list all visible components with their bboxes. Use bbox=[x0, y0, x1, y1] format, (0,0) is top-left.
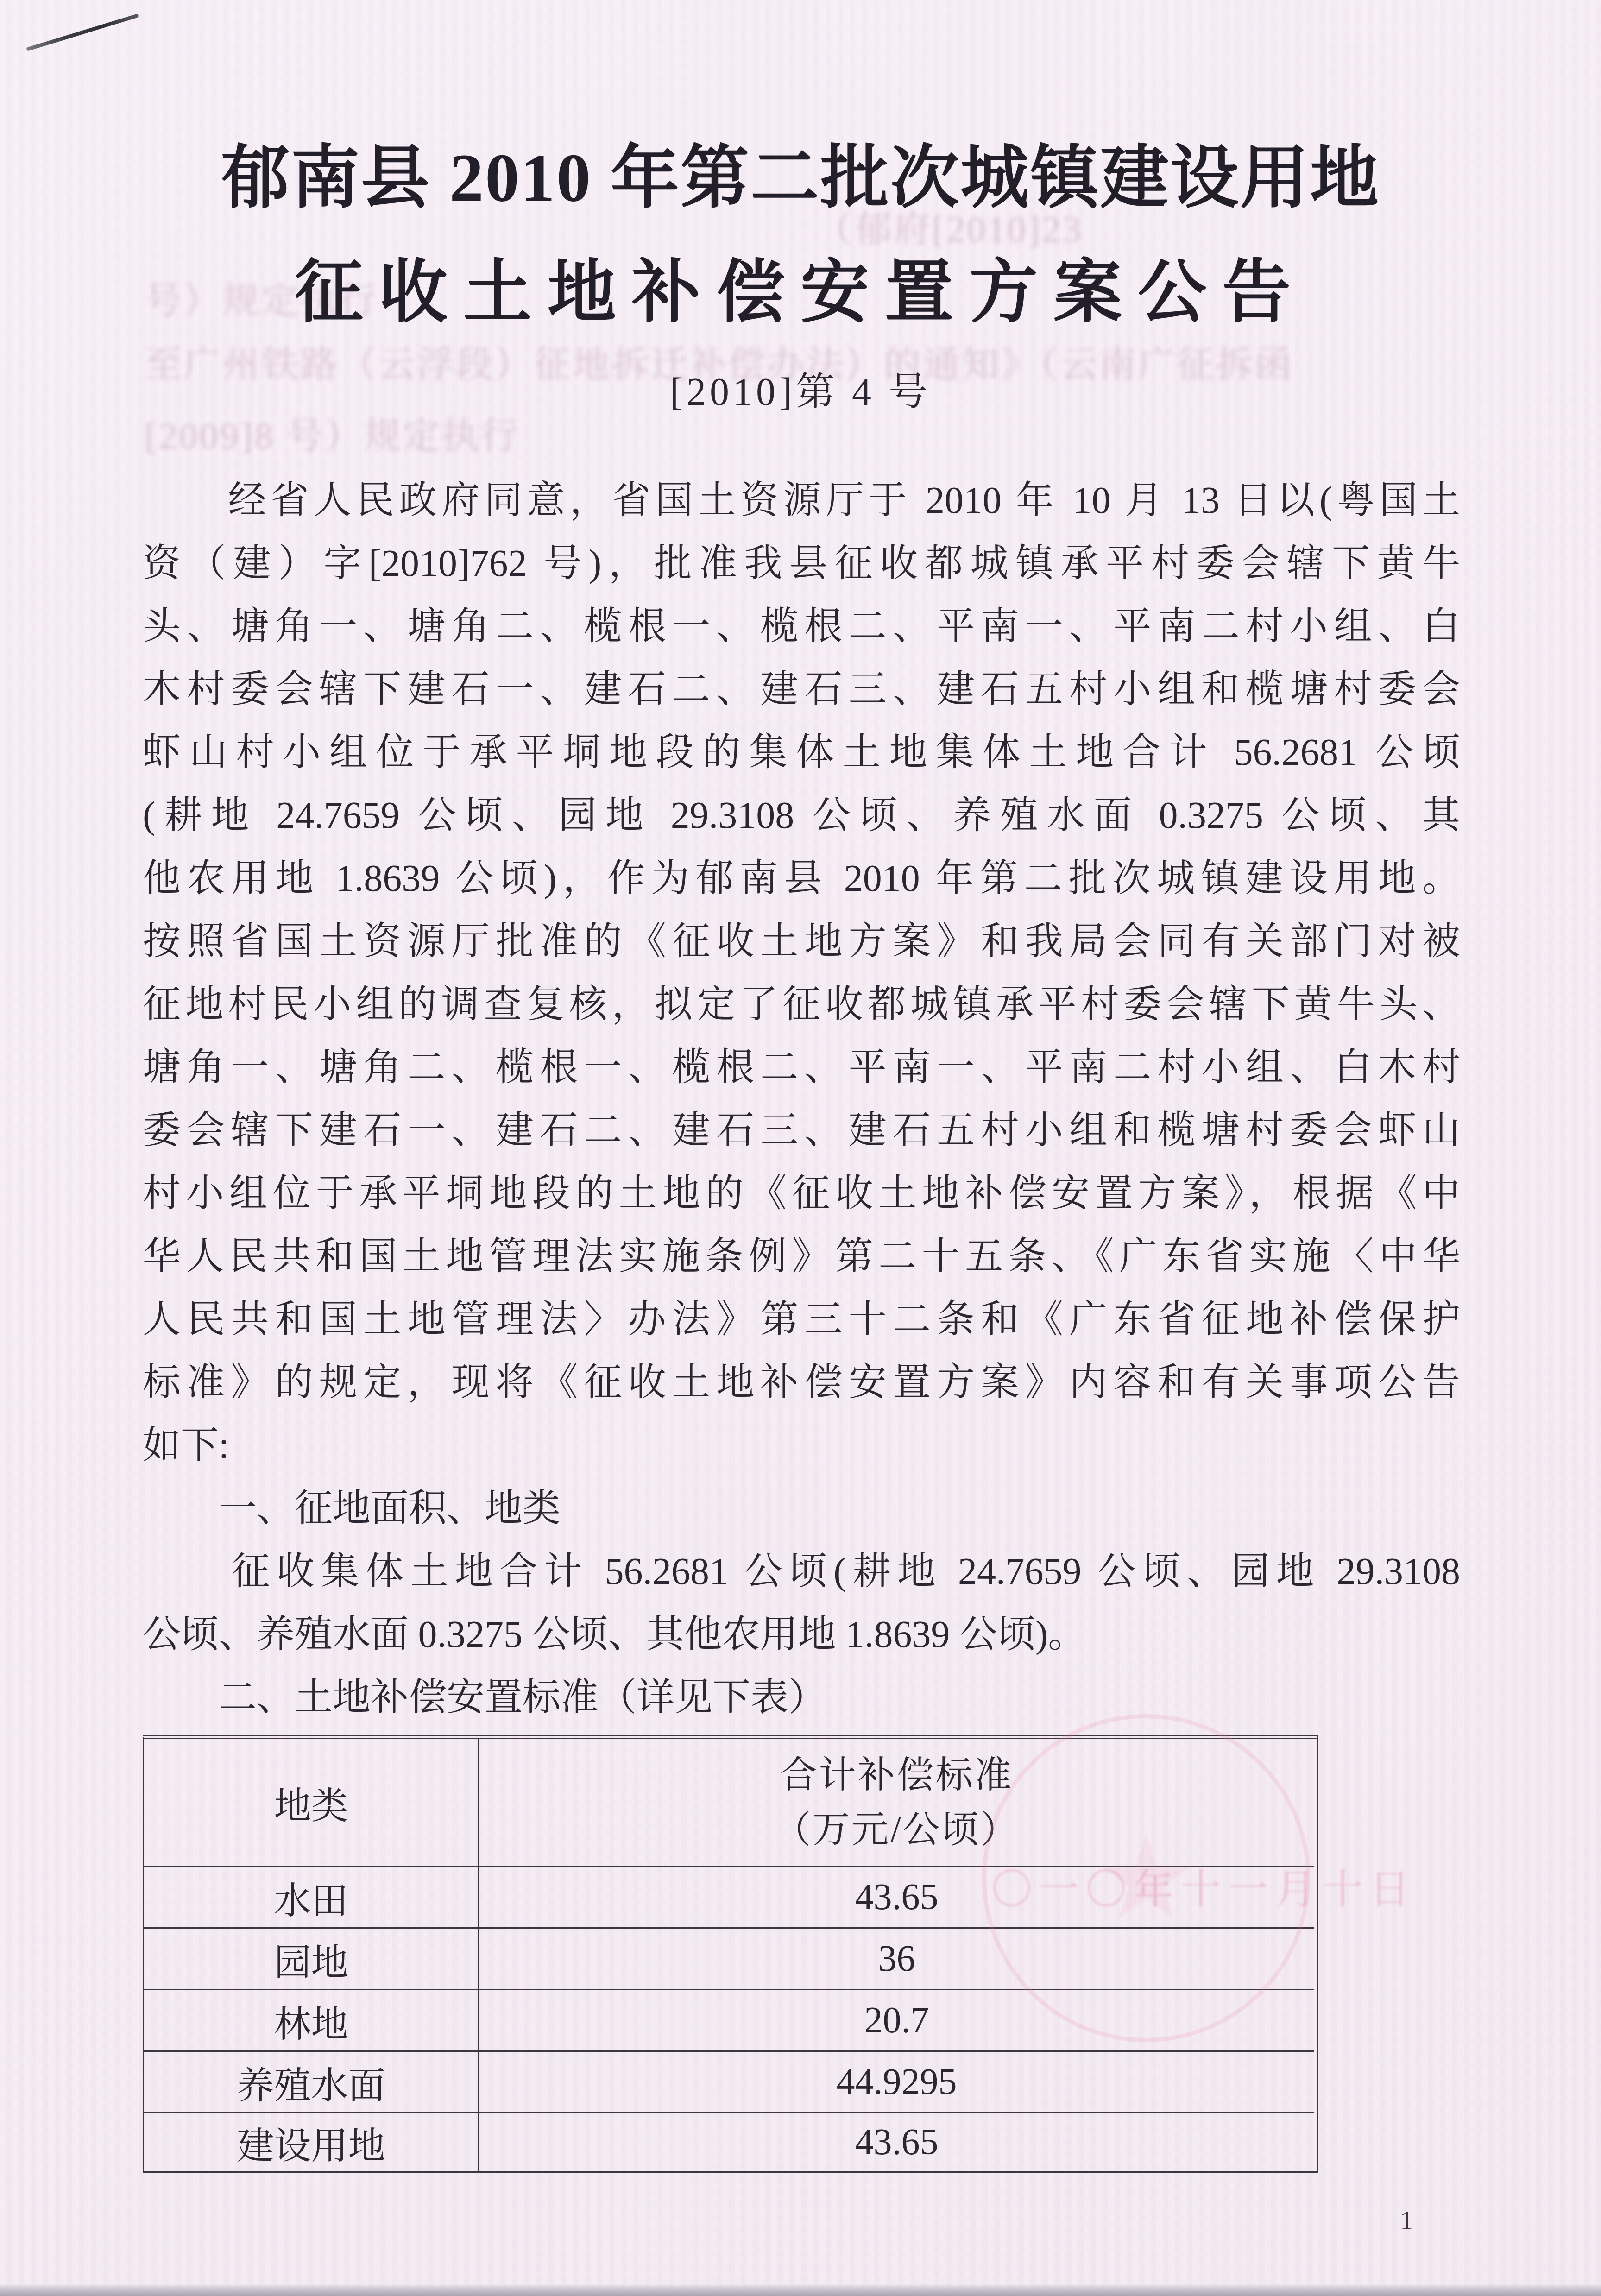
body-line: 村小组位于承平垌地段的土地的《征收土地补偿安置方案》，根据《中 bbox=[143, 1162, 1460, 1225]
table-cell-land-type: 林地 bbox=[144, 1990, 479, 2052]
body-line: (耕地 24.7659 公顷、园地 29.3108 公顷、养殖水面 0.3275… bbox=[143, 784, 1460, 847]
table-cell-standard: 36 bbox=[479, 1929, 1314, 1990]
body-line: 征收集体土地合计 56.2681 公顷(耕地 24.7659 公顷、园地 29.… bbox=[143, 1540, 1460, 1603]
table-cell-land-type: 养殖水面 bbox=[144, 2052, 479, 2113]
table-cell-standard: 20.7 bbox=[479, 1990, 1314, 2052]
body-line: 塘角一、塘角二、榄根一、榄根二、平南一、平南二村小组、白木村 bbox=[143, 1036, 1460, 1099]
body-line: 公顷、养殖水面 0.3275 公顷、其他农用地 1.8639 公顷)。 bbox=[143, 1603, 1460, 1666]
document-title-line-2: 征收土地补偿安置方案公告 bbox=[0, 246, 1601, 339]
stamp-date-bleedthrough: 〇一〇年十一月十日 bbox=[991, 1857, 1417, 1915]
body-line: 征地村民小组的调查复核，拟定了征收都城镇承平村委会辖下黄牛头、 bbox=[143, 973, 1460, 1036]
table-cell-land-type: 建设用地 bbox=[144, 2113, 479, 2171]
table-header-land-type: 地类 bbox=[144, 1739, 479, 1867]
body-line: 虾山村小组位于承平垌地段的集体土地集体土地合计 56.2681 公顷 bbox=[143, 721, 1460, 784]
table-header-standard: 合计补偿标准 （万元/公顷） bbox=[479, 1739, 1314, 1867]
body-line: 人民共和国土地管理法〉办法》第三十二条和《广东省征地补偿保护 bbox=[143, 1288, 1460, 1351]
body-line: 如下: bbox=[143, 1414, 1460, 1477]
section-heading-1: 一、征地面积、地类 bbox=[143, 1477, 1460, 1540]
page-number: 1 bbox=[1400, 2206, 1413, 2236]
body-line: 他农用地 1.8639 公顷)，作为郁南县 2010 年第二批次城镇建设用地。 bbox=[143, 847, 1460, 910]
body-line: 资（建）字[2010]762 号)，批准我县征收都城镇承平村委会辖下黄牛 bbox=[143, 532, 1460, 595]
compensation-table: 地类 合计补偿标准 （万元/公顷） 水田 43.65 园地 36 林地 20.7… bbox=[143, 1735, 1318, 2173]
document-title-line-1: 郁南县 2010 年第二批次城镇建设用地 bbox=[0, 132, 1601, 225]
body-line: 标准》的规定，现将《征收土地补偿安置方案》内容和有关事项公告 bbox=[143, 1351, 1460, 1414]
section-heading-2: 二、土地补偿安置标准（详见下表） bbox=[143, 1666, 1460, 1729]
table-cell-standard: 44.9295 bbox=[479, 2052, 1314, 2113]
table-cell-standard: 43.65 bbox=[479, 2113, 1314, 2171]
body-line: 按照省国土资源厅批准的《征收土地方案》和我局会同有关部门对被 bbox=[143, 910, 1460, 973]
scan-edge bbox=[0, 2284, 1601, 2296]
document-number: [2010]第 4 号 bbox=[0, 360, 1601, 416]
body-line: 头、塘角一、塘角二、榄根一、榄根二、平南一、平南二村小组、白 bbox=[143, 595, 1460, 658]
body-line: 华人民共和国土地管理法实施条例》第二十五条、《广东省实施〈中华 bbox=[143, 1225, 1460, 1288]
table-cell-land-type: 园地 bbox=[144, 1929, 479, 1990]
body-line: 委会辖下建石一、建石二、建石三、建石五村小组和榄塘村委会虾山 bbox=[143, 1099, 1460, 1162]
scanned-page: （郁府[2010]23 号）规定执行 至广州铁路（云浮段）征地拆迁补偿办法）的通… bbox=[0, 0, 1601, 2296]
table-header-standard-line2: （万元/公顷） bbox=[774, 1803, 1019, 1857]
body-line: 经省人民政府同意，省国土资源厅于 2010 年 10 月 13 日以(粤国土 bbox=[143, 469, 1460, 532]
table-cell-land-type: 水田 bbox=[144, 1867, 479, 1929]
body-text: 经省人民政府同意，省国土资源厅于 2010 年 10 月 13 日以(粤国土 资… bbox=[143, 469, 1460, 1729]
body-line: 木村委会辖下建石一、建石二、建石三、建石五村小组和榄塘村委会 bbox=[143, 658, 1460, 721]
table-header-standard-line1: 合计补偿标准 bbox=[780, 1748, 1014, 1803]
pen-mark bbox=[26, 13, 139, 51]
